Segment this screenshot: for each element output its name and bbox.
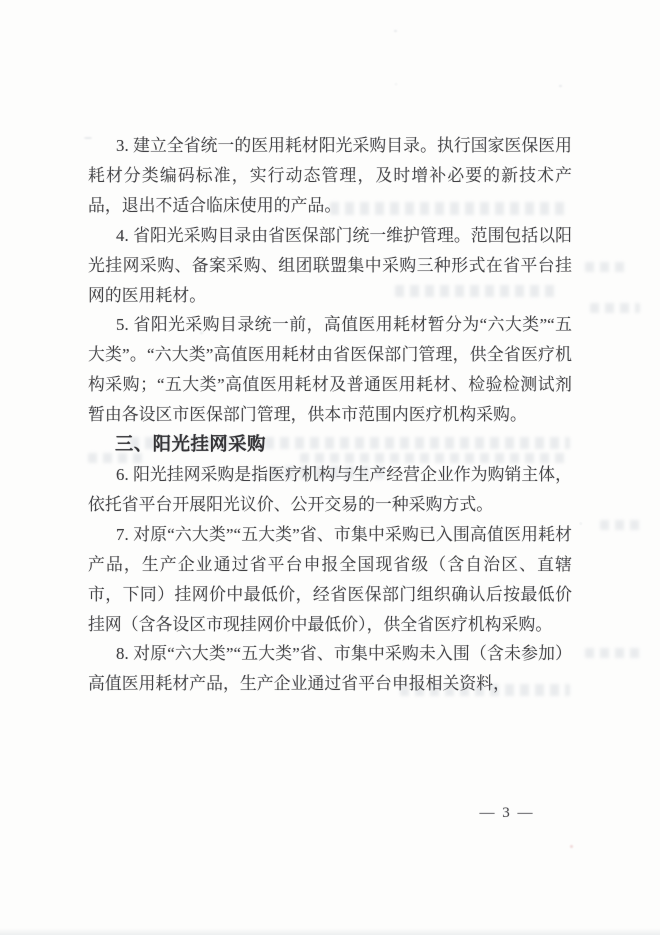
- page-number: — 3 —: [462, 805, 552, 822]
- paragraph-item-6: 6. 阳光挂网采购是指医疗机构与生产经营企业作为购销主体，依托省平台开展阳光议价…: [88, 460, 572, 520]
- paragraph-item-4: 4. 省阳光采购目录由省医保部门统一维护管理。范围包括以阳光挂网采购、备案采购、…: [88, 221, 572, 311]
- paragraph-item-8: 8. 对原“六大类”“五大类”省、市集中采购未入围（含未参加）高值医用耗材产品，…: [88, 639, 572, 699]
- paper-speck: [394, 30, 397, 32]
- paragraph-item-5: 5. 省阳光采购目录统一前，高值医用耗材暂分为“六大类”“五大类”。“六大类”高…: [88, 310, 572, 430]
- paper-speck: [559, 85, 562, 87]
- paragraph-item-3: 3. 建立全省统一的医用耗材阳光采购目录。执行国家医保医用耗材分类编码标准，实行…: [88, 131, 572, 221]
- bleed-through-artifact: [590, 303, 640, 313]
- section-heading: 三、阳光挂网采购: [88, 430, 572, 460]
- paragraph-item-7: 7. 对原“六大类”“五大类”省、市集中采购已入围高值医用耗材产品，生产企业通过…: [88, 520, 572, 640]
- bleed-through-artifact: [585, 262, 630, 272]
- bleed-through-artifact: [585, 648, 640, 658]
- document-body: 3. 建立全省统一的医用耗材阳光采购目录。执行国家医保医用耗材分类编码标准，实行…: [88, 131, 572, 699]
- paper-speck: [570, 845, 573, 848]
- scan-bottom-edge: [0, 928, 660, 935]
- document-page: 3. 建立全省统一的医用耗材阳光采购目录。执行国家医保医用耗材分类编码标准，实行…: [0, 0, 660, 935]
- bleed-through-artifact: [600, 520, 640, 530]
